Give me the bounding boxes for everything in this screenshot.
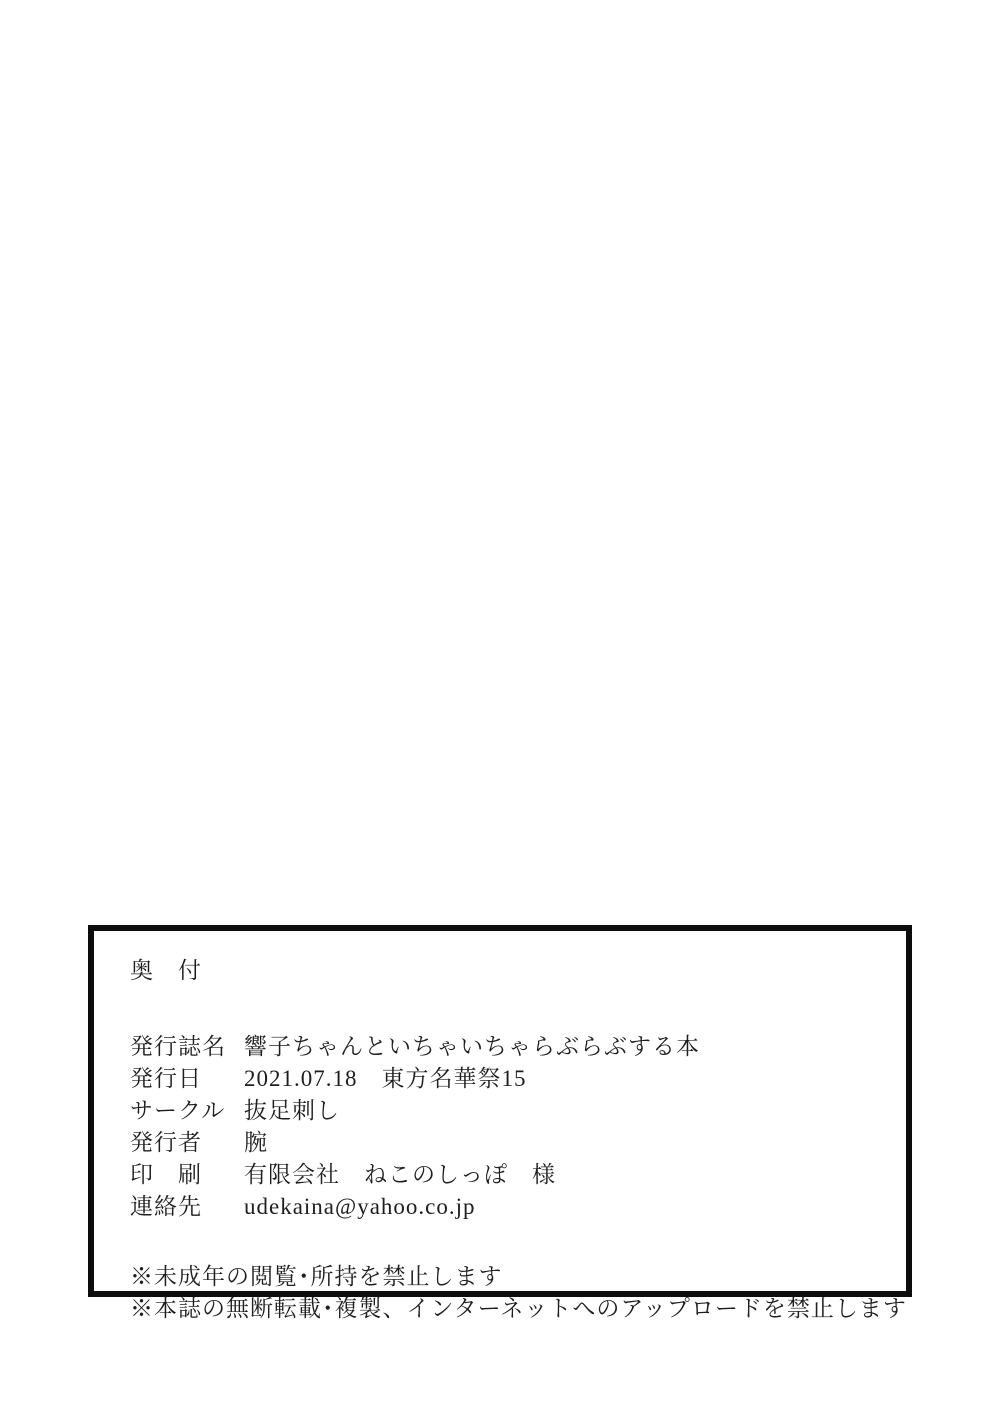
row-value: 2021.07.18 東方名華祭15 [244, 1063, 527, 1095]
row-value: 有限会社 ねこのしっぽ 様 [244, 1159, 556, 1191]
colophon-rows: 発行誌名 響子ちゃんといちゃいちゃらぶらぶする本 発行日 2021.07.18 … [130, 1031, 886, 1223]
colophon-row-contact: 連絡先 udekaina@yahoo.co.jp [130, 1191, 886, 1223]
row-label: 発行者 [130, 1127, 244, 1159]
colophon-box: 奥 付 発行誌名 響子ちゃんといちゃいちゃらぶらぶする本 発行日 2021.07… [88, 925, 912, 1297]
colophon-title: 奥 付 [130, 955, 886, 987]
notice-line-reproduction: ※本誌の無断転載･複製、インターネットへのアップロードを禁止します [130, 1293, 886, 1325]
notice-line-minors: ※未成年の閲覧･所持を禁止します [130, 1261, 886, 1293]
row-label: 印 刷 [130, 1159, 244, 1191]
row-value: 腕 [244, 1127, 268, 1159]
colophon-row-publisher: 発行者 腕 [130, 1127, 886, 1159]
row-value: 抜足刺し [244, 1095, 340, 1127]
colophon-row-title: 発行誌名 響子ちゃんといちゃいちゃらぶらぶする本 [130, 1031, 886, 1063]
row-value: 響子ちゃんといちゃいちゃらぶらぶする本 [244, 1031, 700, 1063]
colophon-row-date: 発行日 2021.07.18 東方名華祭15 [130, 1063, 886, 1095]
row-label: 発行誌名 [130, 1031, 244, 1063]
row-label: サークル [130, 1095, 244, 1127]
row-label: 連絡先 [130, 1191, 244, 1223]
colophon-notices: ※未成年の閲覧･所持を禁止します ※本誌の無断転載･複製、インターネットへのアッ… [130, 1261, 886, 1325]
scanned-page: 奥 付 発行誌名 響子ちゃんといちゃいちゃらぶらぶする本 発行日 2021.07… [0, 0, 1000, 1413]
row-value: udekaina@yahoo.co.jp [244, 1191, 476, 1223]
row-label: 発行日 [130, 1063, 244, 1095]
colophon-content: 奥 付 発行誌名 響子ちゃんといちゃいちゃらぶらぶする本 発行日 2021.07… [94, 931, 906, 1325]
colophon-row-circle: サークル 抜足刺し [130, 1095, 886, 1127]
colophon-row-printer: 印 刷 有限会社 ねこのしっぽ 様 [130, 1159, 886, 1191]
